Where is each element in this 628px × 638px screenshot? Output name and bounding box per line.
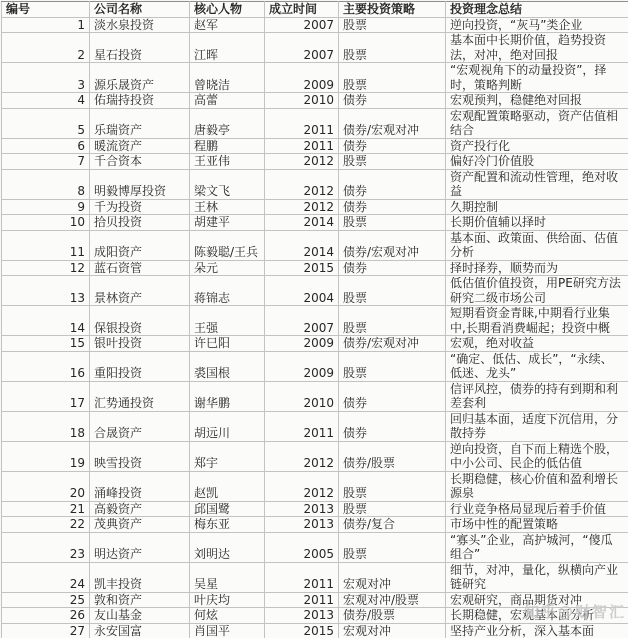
header-row: 编号 公司名称 核心人物 成立时间 主要投资策略 投资理念总结 [2,2,628,18]
cell-company: 成阳资产 [90,230,190,260]
table-row: 11成阳资产陈毅聪/王兵2014债券/宏观对冲基本面、政策面、供给面、估值分析 [2,230,628,260]
cell-company: 永安国富 [90,623,190,638]
column-header-strategy: 主要投资策略 [339,2,446,18]
cell-number: 20 [2,471,90,501]
cell-founded: 2007 [265,17,339,33]
cell-strategy: 股票 [339,351,446,381]
cell-number: 5 [2,108,90,138]
cell-company: 景林资产 [90,276,190,306]
column-header-philosophy: 投资理念总结 [446,2,628,18]
table-row: 18合晟资产胡远川2011债券回归基本面，适度下沉信用，分散持券 [2,411,628,441]
cell-summary: 偏好冷门价值股 [446,154,628,170]
cell-summary: 行业竞争格局显现后着手价值 [446,501,628,517]
cell-person: 陈毅聪/王兵 [190,230,265,260]
cell-company: 高毅资产 [90,501,190,517]
cell-summary: 宏观，绝对收益 [446,336,628,352]
cell-summary: 宏观预判，稳健绝对回报 [446,93,628,109]
cell-person: 王亚伟 [190,154,265,170]
cell-number: 1 [2,17,90,33]
cell-summary: 回归基本面，适度下沉信用，分散持券 [446,411,628,441]
cell-strategy: 股票 [339,276,446,306]
cell-number: 27 [2,623,90,638]
cell-company: 保银投资 [90,306,190,336]
cell-company: 汇势通投资 [90,381,190,411]
cell-number: 16 [2,351,90,381]
cell-summary: “确定、低估、成长”，“永续、低迷、龙头” [446,351,628,381]
cell-summary: 低估值价值投资，用PE研究方法研究二级市场公司 [446,276,628,306]
table-row: 14保银投资王强2007股票短期看资金青睐,中期看行业集中,长期看消费崛起；投资… [2,306,628,336]
cell-founded: 2011 [265,592,339,608]
cell-strategy: 股票 [339,215,446,231]
cell-strategy: 债券/宏观对冲 [339,230,446,260]
cell-founded: 2007 [265,33,339,63]
cell-founded: 2010 [265,381,339,411]
table-row: 6暖流资产程鹏2011债券资产投行化 [2,138,628,154]
table-row: 19映雪投资郑宇2012债券/股票逆向投资，自下而上精选个股，中小公司、民企的低… [2,441,628,471]
cell-founded: 2014 [265,215,339,231]
cell-founded: 2011 [265,562,339,592]
cell-number: 10 [2,215,90,231]
column-header-number: 编号 [2,2,90,18]
cell-strategy: 宏观对冲 [339,623,446,638]
table-header: 编号 公司名称 核心人物 成立时间 主要投资策略 投资理念总结 [2,2,628,18]
cell-number: 4 [2,93,90,109]
cell-strategy: 债券 [339,93,446,109]
cell-company: 蓝石资管 [90,260,190,276]
table-body: 1淡水泉投资赵军2007股票逆向投资，“灰马”类企业2星石投资江晖2007股票基… [2,17,628,638]
table-row: 10拾贝投资胡建平2014股票长期价值辅以择时 [2,215,628,231]
table-row: 17汇势通投资谢华鹏2010债券信评风控，债券的持有到期和利差套利 [2,381,628,411]
cell-company: 千合资本 [90,154,190,170]
table-row: 25敦和资产叶庆均2011宏观对冲/股票宏观研究，商品期货对冲 [2,592,628,608]
table-row: 12蓝石资管朵元2015债券择时择券，顺势而为 [2,260,628,276]
cell-strategy: 债券 [339,411,446,441]
cell-number: 12 [2,260,90,276]
table-row: 2星石投资江晖2007股票基本面中长期价值，趋势投资法，对冲，绝对回报 [2,33,628,63]
cell-founded: 2012 [265,199,339,215]
cell-founded: 2004 [265,276,339,306]
cell-person: 刘明达 [190,532,265,562]
table-row: 8明毅博厚投资梁文飞2012债券资产配置和流动性管理，绝对收益 [2,169,628,199]
cell-founded: 2010 [265,93,339,109]
cell-number: 2 [2,33,90,63]
cell-person: 赵凯 [190,471,265,501]
cell-strategy: 债券 [339,169,446,199]
cell-number: 24 [2,562,90,592]
table-row: 3源乐晟资产曾晓洁2009股票“宏观视角下的动量投资”，择时，策略判断 [2,63,628,93]
cell-strategy: 股票 [339,33,446,63]
cell-number: 6 [2,138,90,154]
cell-strategy: 债券/复合 [339,517,446,533]
cell-company: 凯丰投资 [90,562,190,592]
cell-number: 22 [2,517,90,533]
cell-number: 15 [2,336,90,352]
cell-person: 谢华鹏 [190,381,265,411]
cell-summary: 市场中性的配置策略 [446,517,628,533]
cell-summary: 逆向投资，“灰马”类企业 [446,17,628,33]
cell-summary: 基本面、政策面、供给面、估值分析 [446,230,628,260]
cell-founded: 2012 [265,441,339,471]
cell-summary: 资产投行化 [446,138,628,154]
cell-person: 许巳阳 [190,336,265,352]
cell-person: 何炫 [190,608,265,624]
cell-number: 7 [2,154,90,170]
table-row: 7千合资本王亚伟2012股票偏好冷门价值股 [2,154,628,170]
cell-company: 映雪投资 [90,441,190,471]
cell-number: 11 [2,230,90,260]
cell-summary: 短期看资金青睐,中期看行业集中,长期看消费崛起；投资中概 [446,306,628,336]
cell-person: 王林 [190,199,265,215]
column-header-founded: 成立时间 [265,2,339,18]
cell-summary: 长期价值辅以择时 [446,215,628,231]
table-row: 13景林资产蒋锦志2004股票低估值价值投资，用PE研究方法研究二级市场公司 [2,276,628,306]
cell-founded: 2011 [265,138,339,154]
cell-summary: 基本面中长期价值，趋势投资法，对冲，绝对回报 [446,33,628,63]
cell-strategy: 债券 [339,381,446,411]
cell-number: 19 [2,441,90,471]
cell-company: 友山基金 [90,608,190,624]
cell-founded: 2012 [265,154,339,170]
cell-person: 高蕾 [190,93,265,109]
cell-founded: 2009 [265,351,339,381]
cell-person: 蒋锦志 [190,276,265,306]
cell-person: 赵军 [190,17,265,33]
cell-number: 21 [2,501,90,517]
cell-company: 暖流资产 [90,138,190,154]
cell-person: 胡建平 [190,215,265,231]
cell-founded: 2009 [265,63,339,93]
cell-person: 叶庆均 [190,592,265,608]
cell-strategy: 股票 [339,63,446,93]
funds-table: 编号 公司名称 核心人物 成立时间 主要投资策略 投资理念总结 1淡水泉投资赵军… [1,1,628,638]
table-row: 5乐瑞资产唐毅亭2011债券/宏观对冲宏观配置策略驱动，资产估值相结合 [2,108,628,138]
cell-strategy: 股票 [339,17,446,33]
table-row: 1淡水泉投资赵军2007股票逆向投资，“灰马”类企业 [2,17,628,33]
cell-person: 梅东亚 [190,517,265,533]
cell-founded: 2014 [265,230,339,260]
cell-person: 程鹏 [190,138,265,154]
cell-founded: 2007 [265,306,339,336]
table-row: 16重阳投资裘国根2009股票“确定、低估、成长”，“永续、低迷、龙头” [2,351,628,381]
cell-number: 26 [2,608,90,624]
cell-person: 唐毅亭 [190,108,265,138]
table-row: 21高毅资产邱国鹭2013股票行业竞争格局显现后着手价值 [2,501,628,517]
cell-number: 17 [2,381,90,411]
cell-number: 14 [2,306,90,336]
cell-summary: 长期稳健，宏观基本面分析 [446,608,628,624]
cell-summary: 细节，对冲，量化，纵横向产业链研究 [446,562,628,592]
cell-number: 13 [2,276,90,306]
cell-summary: 宏观配置策略驱动，资产估值相结合 [446,108,628,138]
table-row: 26友山基金何炫2013债券/股票长期稳健，宏观基本面分析 [2,608,628,624]
cell-company: 涌峰投资 [90,471,190,501]
cell-person: 曾晓洁 [190,63,265,93]
cell-company: 茂典资产 [90,517,190,533]
cell-strategy: 股票 [339,306,446,336]
cell-company: 明毅博厚投资 [90,169,190,199]
cell-strategy: 股票 [339,501,446,517]
cell-summary: 久期控制 [446,199,628,215]
cell-company: 乐瑞资产 [90,108,190,138]
cell-summary: 坚持产业分析，深入基本面 [446,623,628,638]
cell-strategy: 债券 [339,260,446,276]
cell-founded: 2012 [265,471,339,501]
cell-number: 9 [2,199,90,215]
cell-founded: 2013 [265,501,339,517]
cell-number: 18 [2,411,90,441]
cell-company: 淡水泉投资 [90,17,190,33]
cell-company: 合晟资产 [90,411,190,441]
cell-number: 8 [2,169,90,199]
cell-founded: 2011 [265,108,339,138]
cell-summary: 资产配置和流动性管理，绝对收益 [446,169,628,199]
cell-strategy: 债券 [339,138,446,154]
cell-company: 千为投资 [90,199,190,215]
column-header-company: 公司名称 [90,2,190,18]
cell-founded: 2013 [265,608,339,624]
cell-summary: 长期稳健，核心价值和盈利增长源泉 [446,471,628,501]
cell-person: 朵元 [190,260,265,276]
cell-summary: “宏观视角下的动量投资”，择时，策略判断 [446,63,628,93]
cell-founded: 2011 [265,411,339,441]
cell-strategy: 宏观对冲/股票 [339,592,446,608]
cell-founded: 2015 [265,623,339,638]
cell-strategy: 股票 [339,532,446,562]
cell-summary: 宏观研究，商品期货对冲 [446,592,628,608]
cell-company: 重阳投资 [90,351,190,381]
cell-company: 佑瑞持投资 [90,93,190,109]
cell-founded: 2013 [265,517,339,533]
cell-company: 拾贝投资 [90,215,190,231]
cell-person: 吴星 [190,562,265,592]
cell-strategy: 债券/宏观对冲 [339,108,446,138]
cell-person: 肖国平 [190,623,265,638]
cell-strategy: 股票 [339,471,446,501]
cell-person: 邱国鹭 [190,501,265,517]
cell-company: 星石投资 [90,33,190,63]
cell-founded: 2005 [265,532,339,562]
table-row: 9千为投资王林2012债券久期控制 [2,199,628,215]
table-row: 22茂典资产梅东亚2013债券/复合市场中性的配置策略 [2,517,628,533]
cell-company: 源乐晟资产 [90,63,190,93]
cell-summary: 择时择券，顺势而为 [446,260,628,276]
cell-founded: 2009 [265,336,339,352]
table-row: 27永安国富肖国平2015宏观对冲坚持产业分析，深入基本面 [2,623,628,638]
spreadsheet-table: 编号 公司名称 核心人物 成立时间 主要投资策略 投资理念总结 1淡水泉投资赵军… [1,1,628,638]
cell-person: 梁文飞 [190,169,265,199]
cell-founded: 2015 [265,260,339,276]
table-row: 4佑瑞持投资高蕾2010债券宏观预判，稳健绝对回报 [2,93,628,109]
cell-company: 明达资产 [90,532,190,562]
cell-person: 裘国根 [190,351,265,381]
table-row: 15银叶投资许巳阳2009债券/宏观对冲宏观，绝对收益 [2,336,628,352]
cell-person: 江晖 [190,33,265,63]
cell-strategy: 股票 [339,154,446,170]
cell-number: 25 [2,592,90,608]
table-row: 23明达资产刘明达2005股票“寡头”企业，高护城河，“傻瓜组合” [2,532,628,562]
cell-number: 3 [2,63,90,93]
cell-person: 郑宇 [190,441,265,471]
cell-person: 胡远川 [190,411,265,441]
cell-summary: 信评风控，债券的持有到期和利差套利 [446,381,628,411]
cell-strategy: 宏观对冲 [339,562,446,592]
cell-strategy: 债券/宏观对冲 [339,336,446,352]
table-row: 24凯丰投资吴星2011宏观对冲细节，对冲，量化，纵横向产业链研究 [2,562,628,592]
cell-person: 王强 [190,306,265,336]
cell-summary: “寡头”企业，高护城河，“傻瓜组合” [446,532,628,562]
cell-summary: 逆向投资，自下而上精选个股，中小公司、民企的低估值 [446,441,628,471]
cell-company: 敦和资产 [90,592,190,608]
cell-strategy: 债券 [339,199,446,215]
table-row: 20涌峰投资赵凯2012股票长期稳健，核心价值和盈利增长源泉 [2,471,628,501]
cell-strategy: 债券/股票 [339,441,446,471]
column-header-person: 核心人物 [190,2,265,18]
cell-founded: 2012 [265,169,339,199]
cell-strategy: 债券/股票 [339,608,446,624]
cell-number: 23 [2,532,90,562]
cell-company: 银叶投资 [90,336,190,352]
